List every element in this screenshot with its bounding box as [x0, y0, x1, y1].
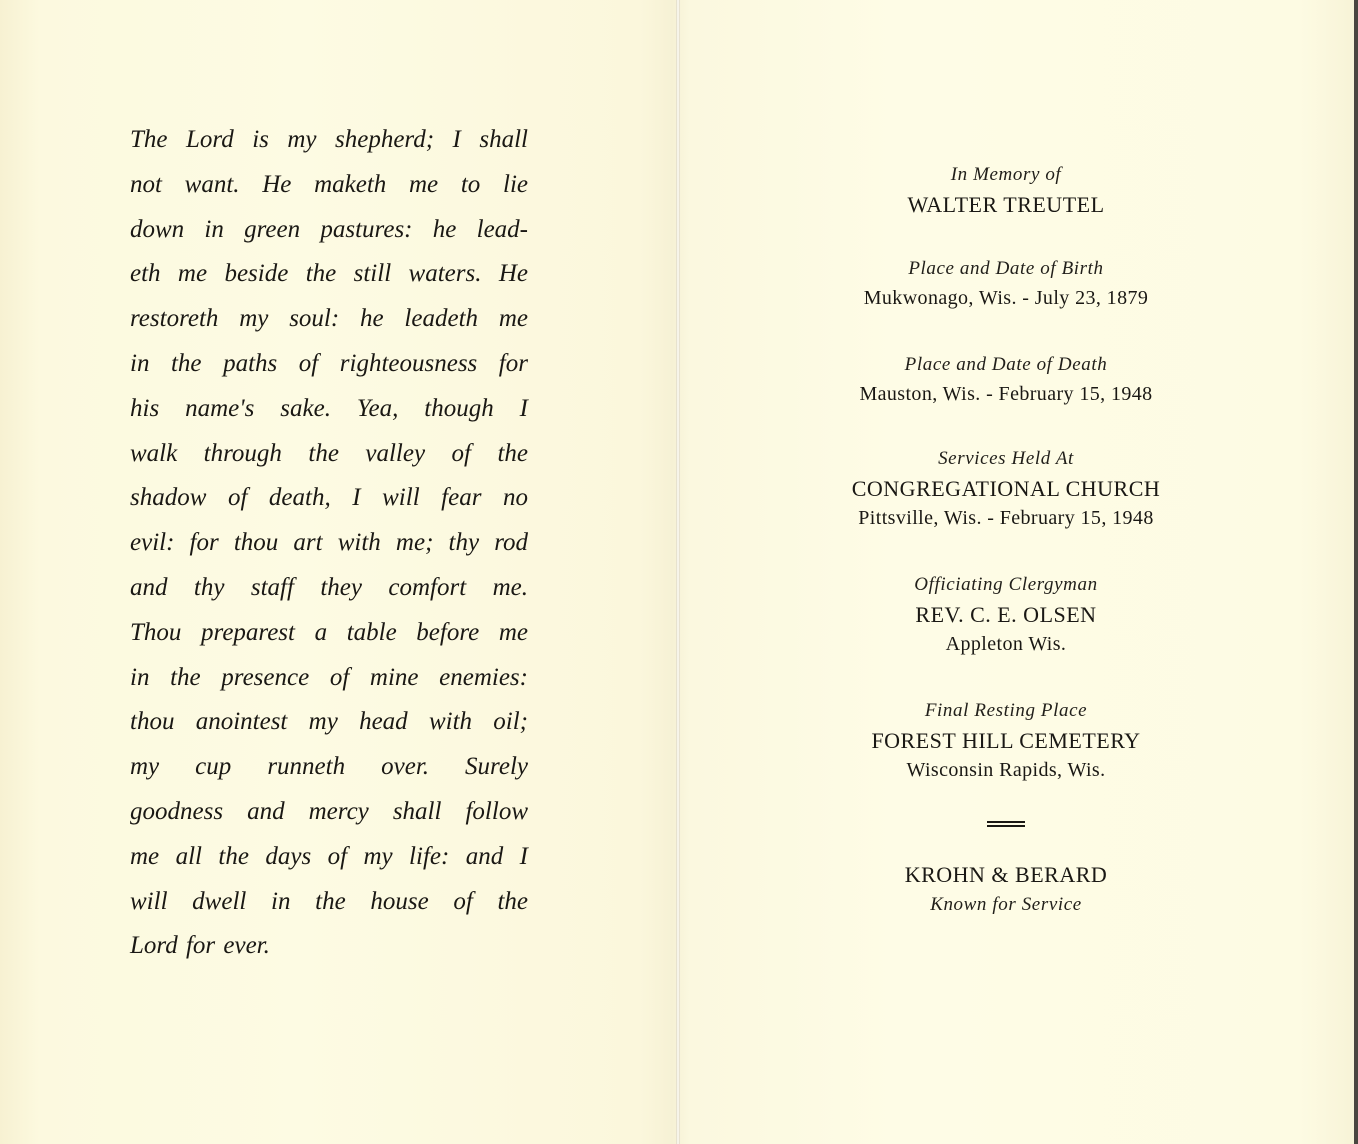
psalm-line: restoreth my soul: he leadeth me	[130, 297, 528, 342]
psalm-line: shadow of death, I will fear no	[130, 476, 528, 521]
psalm-line: my cup runneth over. Surely	[130, 745, 528, 790]
resting-place-section: Final Resting Place FOREST HILL CEMETERY…	[806, 696, 1206, 784]
divider-line	[987, 821, 1025, 827]
psalm-line: eth me beside the still waters. He	[130, 252, 528, 297]
resting-place-detail: Wisconsin Rapids, Wis.	[806, 756, 1206, 784]
birth-detail: Mukwonago, Wis. - July 23, 1879	[806, 284, 1206, 312]
psalm-line: thou anointest my head with oil;	[130, 700, 528, 745]
psalm-line: walk through the valley of the	[130, 432, 528, 477]
psalm-line: goodness and mercy shall follow	[130, 790, 528, 835]
psalm-line: down in green pastures: he lead-	[130, 208, 528, 253]
memory-label: In Memory of	[806, 160, 1206, 190]
right-page-details: In Memory of WALTER TREUTEL Place and Da…	[806, 160, 1206, 920]
death-section: Place and Date of Death Mauston, Wis. - …	[806, 350, 1206, 408]
funeral-home-tagline: Known for Service	[806, 890, 1206, 920]
psalm-line: evil: for thou art with me; thy rod	[130, 521, 528, 566]
center-fold	[676, 0, 680, 1144]
clergyman-name: REV. C. E. OLSEN	[806, 600, 1206, 630]
psalm-line: The Lord is my shepherd; I shall	[130, 118, 528, 163]
psalm-line: will dwell in the house of the	[130, 880, 528, 925]
psalm-line: in the paths of righteousness for	[130, 342, 528, 387]
psalm-line: in the presence of mine enemies:	[130, 656, 528, 701]
psalm-line: not want. He maketh me to lie	[130, 163, 528, 208]
birth-label: Place and Date of Birth	[806, 254, 1206, 284]
psalm-line: Thou preparest a table before me	[130, 611, 528, 656]
psalm-line: me all the days of my life: and I	[130, 835, 528, 880]
memorial-card: The Lord is my shepherd; I shall not wan…	[0, 0, 1358, 1144]
services-location: CONGREGATIONAL CHURCH	[806, 474, 1206, 504]
services-detail: Pittsville, Wis. - February 15, 1948	[806, 504, 1206, 532]
death-label: Place and Date of Death	[806, 350, 1206, 380]
services-section: Services Held At CONGREGATIONAL CHURCH P…	[806, 444, 1206, 532]
clergyman-label: Officiating Clergyman	[806, 570, 1206, 600]
psalm-line: his name's sake. Yea, though I	[130, 387, 528, 432]
psalm-line: Lord for ever.	[130, 924, 528, 969]
left-page-psalm: The Lord is my shepherd; I shall not wan…	[130, 118, 528, 969]
funeral-home-section: KROHN & BERARD Known for Service	[806, 860, 1206, 920]
deceased-name: WALTER TREUTEL	[806, 190, 1206, 220]
resting-place-name: FOREST HILL CEMETERY	[806, 726, 1206, 756]
death-detail: Mauston, Wis. - February 15, 1948	[806, 380, 1206, 408]
birth-section: Place and Date of Birth Mukwonago, Wis. …	[806, 254, 1206, 312]
card-edge-shadow	[1354, 0, 1358, 1144]
services-label: Services Held At	[806, 444, 1206, 474]
funeral-home-name: KROHN & BERARD	[806, 860, 1206, 890]
psalm-line: and thy staff they comfort me.	[130, 566, 528, 611]
clergyman-section: Officiating Clergyman REV. C. E. OLSEN A…	[806, 570, 1206, 658]
memory-section: In Memory of WALTER TREUTEL	[806, 160, 1206, 220]
resting-place-label: Final Resting Place	[806, 696, 1206, 726]
double-rule-divider	[806, 814, 1206, 834]
clergyman-detail: Appleton Wis.	[806, 630, 1206, 658]
